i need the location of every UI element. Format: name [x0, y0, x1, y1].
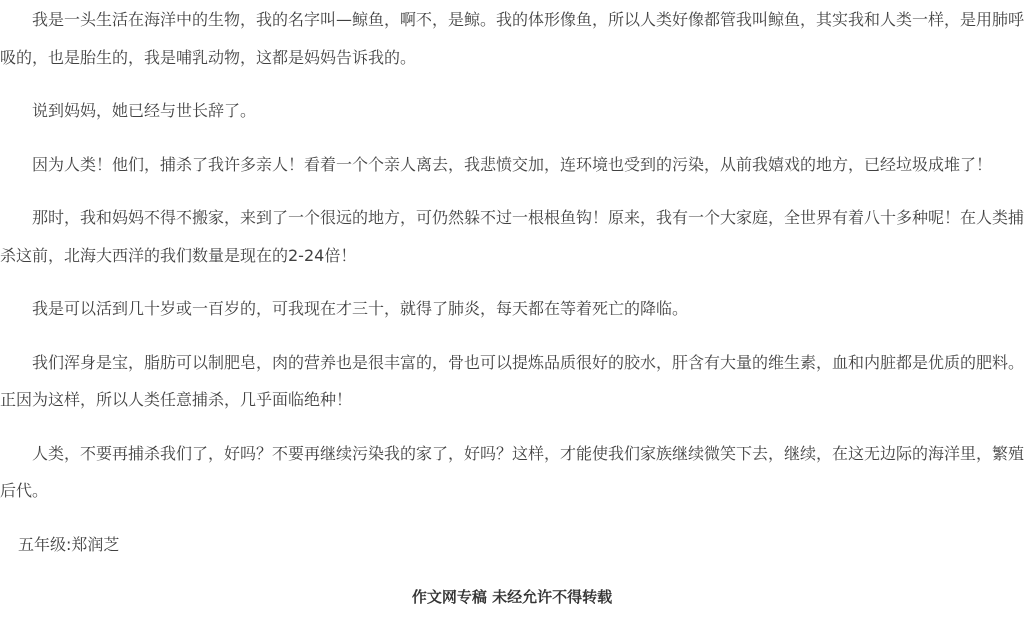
essay-paragraph: 我是一头生活在海洋中的生物，我的名字叫—鲸鱼，啊不，是鲸。我的体形像鱼，所以人类… — [0, 1, 1024, 76]
essay-paragraph: 因为人类！他们，捕杀了我许多亲人！看着一个个亲人离去，我悲愤交加，连环境也受到的… — [0, 146, 1024, 184]
essay-paragraph: 那时，我和妈妈不得不搬家，来到了一个很远的地方，可仍然躲不过一根根鱼钩！原来，我… — [0, 199, 1024, 274]
essay-paragraph: 我是可以活到几十岁或一百岁的，可我现在才三十，就得了肺炎，每天都在等着死亡的降临… — [0, 290, 1024, 328]
essay-paragraph: 说到妈妈，她已经与世长辞了。 — [0, 92, 1024, 130]
copyright-notice: 作文网专稿 未经允许不得转载 — [0, 579, 1024, 617]
essay-document: 我是一头生活在海洋中的生物，我的名字叫—鲸鱼，啊不，是鲸。我的体形像鱼，所以人类… — [0, 0, 1024, 617]
essay-paragraph: 人类，不要再捕杀我们了，好吗？不要再继续污染我的家了，好吗？这样，才能使我们家族… — [0, 435, 1024, 510]
author-line: 五年级:郑润芝 — [0, 526, 1024, 564]
essay-paragraph: 我们浑身是宝，脂肪可以制肥皂，肉的营养也是很丰富的，骨也可以提炼品质很好的胶水，… — [0, 344, 1024, 419]
